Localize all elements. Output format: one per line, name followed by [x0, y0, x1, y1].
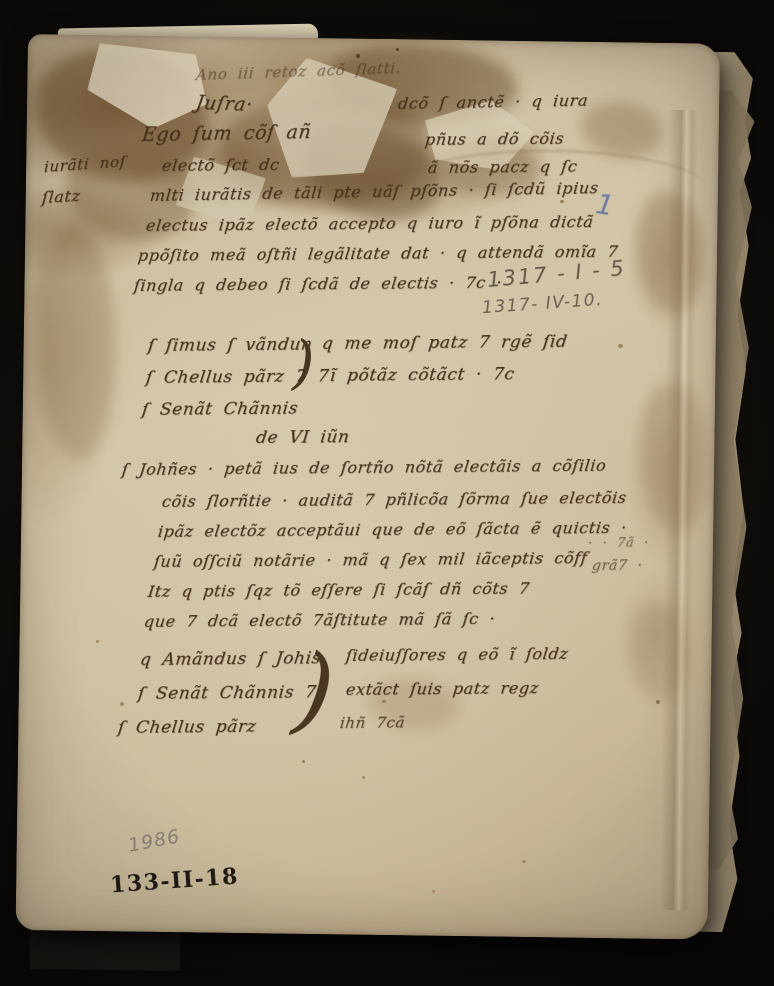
manuscript-line: cõis ſlorñtie · auditã 7 pñlicõa ſõrma ſ… — [161, 488, 628, 511]
faint-margin-mark: grã7 · — [591, 558, 643, 574]
margin-note: ſlatz — [41, 186, 81, 207]
manuscript-line: extãct ſuis patz regz — [345, 678, 540, 699]
stain-blob — [581, 102, 662, 158]
name-list-entry: ſ ſimus ſ vãndun — [147, 335, 314, 356]
manuscript-line: que 7 dcã electõ 7ãſtitute mã ſã ſc · — [143, 609, 496, 631]
manuscript-line: Juſra· — [194, 92, 254, 116]
stain-blob — [639, 383, 711, 534]
manuscript-line: ã nõs pacz q ſc — [427, 157, 579, 177]
paper-patch — [87, 43, 208, 130]
manuscript-line: q me moſ patz 7 rgẽ ſid — [321, 332, 569, 354]
manuscript-line: ſideiuſſores q eõ ĩ ſoldz — [345, 644, 570, 665]
name-list-entry: ſ Chellus pãrz — [117, 717, 258, 738]
name-list-entry: q Amãndus ſ Johis — [139, 648, 322, 670]
table-shadow — [30, 929, 181, 971]
manuscript-line: electõ ſct dc — [161, 155, 281, 175]
faint-margin-mark: · · 7ã · — [587, 535, 649, 551]
manuscript-line: dcõ ſ anctẽ · q iura — [397, 91, 589, 113]
manuscript-line: ĩ põtãz cõtãct · 7c — [329, 364, 516, 386]
list-bracket: ) — [292, 328, 315, 396]
manuscript-line: ſuũ oſſciũ notãrie · mã q ſex mil iãcept… — [153, 548, 589, 571]
manuscript-line: pñus a dõ cõis — [424, 129, 565, 149]
manuscript-line: ihñ 7cã — [339, 713, 406, 732]
name-list-entry: ſ Senãt Chãnnis 7 — [137, 682, 318, 704]
stain-blob — [636, 193, 704, 314]
stain-blob — [327, 43, 518, 126]
manuscript-line: Ego ſum cõſ añ — [141, 121, 313, 146]
name-list-entry: ſ Senãt Chãnnis — [141, 399, 299, 420]
manuscript-photograph: Ano iii retoz acõ ſlatti. Juſra· dcõ ſ a… — [0, 0, 774, 986]
manuscript-line: Itz q ptis ſqz tõ eſſere ſi ſcãſ dñ cõts… — [147, 579, 531, 601]
stain-blob — [629, 602, 690, 703]
manuscript-line: electus ipãz electõ accepto q iuro ĩ pſõ… — [145, 212, 595, 235]
section-heading: de VI iũn — [255, 427, 351, 448]
manuscript-line: ſingla q debeo ſi ſcdã de electis · 7c · — [133, 273, 503, 295]
stain-streak-left — [34, 229, 117, 460]
